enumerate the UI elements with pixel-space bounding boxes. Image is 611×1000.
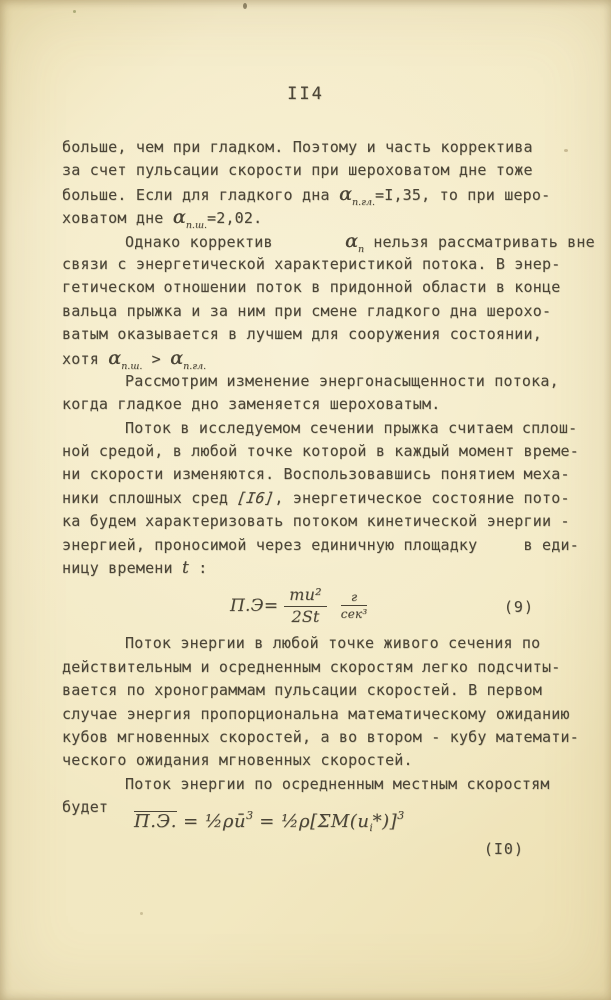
text-line: энергией, проносимой через единичную пло… <box>62 534 562 557</box>
equation-9-units-fraction: г сек³ <box>341 591 368 621</box>
paper-speck <box>564 149 568 152</box>
text-line: ческого ожидания мгновенных скоростей. <box>62 749 562 772</box>
alpha-glyph: α <box>345 230 358 252</box>
alpha-glyph: α <box>170 347 183 369</box>
text-run: ческого ожидания мгновенных скоростей. <box>62 751 413 769</box>
alpha-glyph: α <box>339 183 352 205</box>
text-line: ни скорости изменяются. Воспользовавшись… <box>62 463 562 486</box>
text-line: Однако корректив αп нельзя рассматривать… <box>62 230 562 253</box>
text-run: Поток в исследуемом сечении прыжка счита… <box>125 419 577 437</box>
text-run: кубов мгновенных скоростей, а во втором … <box>62 728 579 746</box>
text-run: больше, чем при гладком. Поэтому и часть… <box>62 138 533 156</box>
text-run: =I,35, то при шеро- <box>375 186 550 204</box>
paper-speck <box>140 912 143 915</box>
text-line: ховатом дне αп.ш.=2,02. <box>62 206 562 229</box>
text-line: ка будем характеризовать потоком кинетич… <box>62 510 562 533</box>
paragraph-block-1: больше, чем при гладком. Поэтому и часть… <box>62 136 562 580</box>
text-run: больше. Если для гладкого дна <box>62 186 339 204</box>
fraction-numerator: mu² <box>284 587 327 607</box>
text-run: гетическом отношении поток в придонной о… <box>62 278 560 296</box>
text-line: случае энергия пропорциональна математич… <box>62 703 562 726</box>
text-line: связи с энергетической характеристикой п… <box>62 253 562 276</box>
alpha-subscript: п.гл. <box>352 197 375 208</box>
text-run: , энергетическое состояние пото- <box>274 489 569 507</box>
equation-10-body: П.Э. = ½ρū3 = ½ρ[ΣM(ui*)]3 <box>134 804 404 840</box>
text-line: ватым оказывается в лучшем для сооружени… <box>62 323 562 346</box>
overlined-term: П.Э. <box>134 811 177 832</box>
text-run: ни скорости изменяются. Воспользовавшись… <box>62 465 570 483</box>
text-line: когда гладкое дно заменяется шероховатым… <box>62 393 562 416</box>
text-line: Рассмотрим изменение энергонасыщенности … <box>62 370 562 393</box>
formula-run: *)] <box>373 811 398 832</box>
text-run: Поток энергии в любой точке живого сечен… <box>125 634 540 652</box>
text-run: энергией, проносимой через единичную пло… <box>62 536 579 554</box>
formula-run: ū <box>234 811 246 832</box>
text-column: больше, чем при гладком. Поэтому и часть… <box>62 136 562 872</box>
text-run: Однако корректив <box>125 233 282 251</box>
scanned-page: II4 больше, чем при гладком. Поэтому и ч… <box>0 0 611 1000</box>
text-run: ка будем характеризовать потоком кинетич… <box>62 512 570 530</box>
paper-speck <box>73 10 76 13</box>
text-run: Рассмотрим изменение энергонасыщенности … <box>125 372 559 390</box>
text-line: ницу времени t : <box>62 557 562 580</box>
equation-9: П.Э= mu² 2St г сек³ (9) <box>62 580 562 632</box>
text-run: > <box>142 350 170 368</box>
text-run: вается по хронограммам пульсации скорост… <box>62 681 542 699</box>
text-run: связи с энергетической характеристикой п… <box>62 255 560 273</box>
text-line: за счет пульсации скорости при шероховат… <box>62 159 562 182</box>
variable-symbol: t <box>182 558 189 578</box>
formula-run: = ½ρ <box>177 811 234 832</box>
text-run: когда гладкое дно заменяется шероховатым… <box>62 395 440 413</box>
alpha-glyph: α <box>108 347 121 369</box>
text-run: действительным и осредненным скоростям л… <box>62 658 560 676</box>
text-run: вальца прыжка и за ним при смене гладког… <box>62 302 551 320</box>
citation-ref: [I6] <box>236 487 276 510</box>
equation-9-fraction: mu² 2St <box>284 587 327 626</box>
equation-9-number: (9) <box>504 596 534 619</box>
units-numerator: г <box>341 591 368 606</box>
text-line: Поток в исследуемом сечении прыжка счита… <box>62 417 562 440</box>
text-run: Поток энергии по осредненным местным ско… <box>125 775 550 793</box>
text-line: больше. Если для гладкого дна αп.гл.=I,3… <box>62 183 562 206</box>
page-number: II4 <box>0 84 611 104</box>
equation-9-lhs: П.Э= <box>230 595 278 618</box>
equation-10: П.Э. = ½ρū3 = ½ρ[ΣM(ui*)]3 (I0) <box>62 800 562 872</box>
text-run: ховатом дне <box>62 209 173 227</box>
text-run: ватым оказывается в лучшем для сооружени… <box>62 325 542 343</box>
text-line: ной средой, в любой точке которой в кажд… <box>62 440 562 463</box>
text-line: гетическом отношении поток в придонной о… <box>62 276 562 299</box>
alpha-glyph: α <box>173 206 186 228</box>
text-run: =2,02. <box>207 209 262 227</box>
text-line: кубов мгновенных скоростей, а во втором … <box>62 726 562 749</box>
text-line: Поток энергии по осредненным местным ско… <box>62 773 562 796</box>
text-line: вается по хронограммам пульсации скорост… <box>62 679 562 702</box>
text-run: ной средой, в любой точке которой в кажд… <box>62 442 579 460</box>
paper-speck <box>243 3 247 9</box>
text-line: Поток энергии в любой точке живого сечен… <box>62 632 562 655</box>
units-denominator: сек³ <box>341 606 368 621</box>
text-run: ницу времени <box>62 559 182 577</box>
alpha-symbol: αп.гл. <box>339 183 375 214</box>
text-run: хотя <box>62 350 108 368</box>
text-run: нельзя рассматривать вне <box>364 233 595 251</box>
text-run: за счет пульсации скорости при шероховат… <box>62 161 533 179</box>
text-line: действительным и осредненным скоростям л… <box>62 656 562 679</box>
text-line: больше, чем при гладком. Поэтому и часть… <box>62 136 562 159</box>
text-run: случае энергия пропорциональна математич… <box>62 705 570 723</box>
fraction-denominator: 2St <box>284 607 327 626</box>
text-line: вальца прыжка и за ним при смене гладког… <box>62 300 562 323</box>
text-run: : <box>189 559 207 577</box>
paragraph-block-2: Поток энергии в любой точке живого сечен… <box>62 632 562 819</box>
text-line: хотя αп.ш. > αп.гл. <box>62 347 562 370</box>
formula-run: = ½ρ[ΣM(u <box>253 811 369 832</box>
text-run: ники сплошных сред <box>62 489 237 507</box>
equation-10-number: (I0) <box>484 838 524 861</box>
text-line: ники сплошных сред [I6], энергетическое … <box>62 487 562 510</box>
superscript: 3 <box>397 809 404 822</box>
